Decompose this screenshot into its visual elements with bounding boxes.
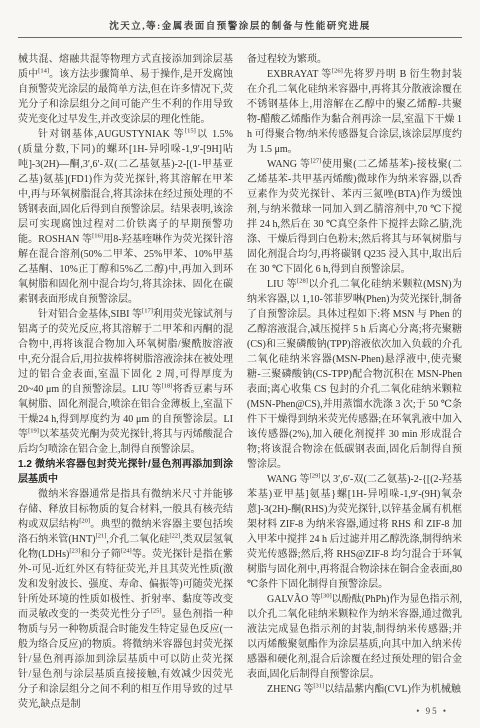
- section-heading: 1.2 微纳米容器包封荧光探针/显色剂再添加到涂层基质中: [18, 457, 233, 487]
- citation-ref: [31]: [313, 683, 324, 690]
- paragraph: WANG 等[27]使用聚(二乙烯基苯)-接枝聚(二乙烯基苯-共甲基丙烯酸)微球…: [247, 157, 462, 277]
- citation-ref: [22]: [169, 533, 180, 540]
- citation-ref: [14]: [38, 68, 49, 75]
- paragraph: EXBRAYAT 等[26]先将罗丹明 B 衍生物封装在介孔二氧化硅纳米容器中,…: [247, 67, 462, 157]
- text-columns: 械共混、熔融共混等物理方式直接添加到涂层基质中[14]。该方法步骤简单、易于操作…: [18, 52, 462, 712]
- paragraph: LIU 等[28]以介孔二氧化硅纳米颗粒(MSN)为纳米容器,以 1,10-邻菲…: [247, 277, 462, 472]
- paragraph: GALVÃO 等[30]以酚酞(PhPh)作为显色指示剂,以介孔二氧化硅纳米颗粒…: [247, 592, 462, 682]
- journal-page: 沈天立,等:金属表面自预警涂层的制备与性能研究进展 械共混、熔融共混等物理方式直…: [0, 0, 480, 728]
- citation-ref: [24]: [121, 548, 132, 555]
- citation-ref: [17]: [142, 308, 153, 315]
- paragraph: 针对钢基体,AUGUSTYNIAK 等[15]以 1.5%(质量分数,下同)的螺…: [18, 127, 233, 307]
- paragraph: 械共混、熔融共混等物理方式直接添加到涂层基质中[14]。该方法步骤简单、易于操作…: [18, 52, 233, 127]
- citation-ref: [26]: [332, 68, 343, 75]
- citation-ref: [27]: [310, 158, 321, 165]
- citation-ref: [23]: [69, 548, 80, 555]
- running-head-title: 沈天立,等:金属表面自预警涂层的制备与性能研究进展: [18, 18, 462, 32]
- left-column: 械共混、熔融共混等物理方式直接添加到涂层基质中[14]。该方法步骤简单、易于操作…: [18, 52, 233, 712]
- citation-ref: [18]: [162, 383, 173, 390]
- citation-ref: [16]: [92, 233, 103, 240]
- header-divider: [18, 37, 462, 38]
- running-head: 沈天立,等:金属表面自预警涂层的制备与性能研究进展: [18, 18, 462, 38]
- citation-ref: [15]: [185, 128, 196, 135]
- page-number: • 95 •: [416, 706, 448, 716]
- citation-ref: [21]: [96, 533, 107, 540]
- citation-ref: [29]: [310, 473, 321, 480]
- citation-ref: [28]: [297, 278, 308, 285]
- paragraph: ZHENG 等[31]以结晶紫内酯(CVL)作为机械触: [247, 682, 462, 697]
- paragraph: WANG 等[29]以 3′,6′-双(二乙氨基)-2-{[(2-羟基苯基)亚甲…: [247, 472, 462, 592]
- right-column: 备过程较为繁琐。EXBRAYAT 等[26]先将罗丹明 B 衍生物封装在介孔二氧…: [247, 52, 462, 712]
- paragraph: 微纳米容器通常是指具有微纳米尺寸并能够存储、释放目标物质的复合材料,一般具有核壳…: [18, 487, 233, 712]
- paragraph: 备过程较为繁琐。: [247, 52, 462, 67]
- citation-ref: [20]: [79, 518, 90, 525]
- paragraph: 针对铝合金基体,SIBI 等[17]利用荧光镓试剂与铝离子的荧光反应,将其溶解于…: [18, 307, 233, 457]
- citation-ref: [25]: [151, 608, 162, 615]
- citation-ref: [30]: [321, 593, 332, 600]
- citation-ref: [19]: [28, 428, 39, 435]
